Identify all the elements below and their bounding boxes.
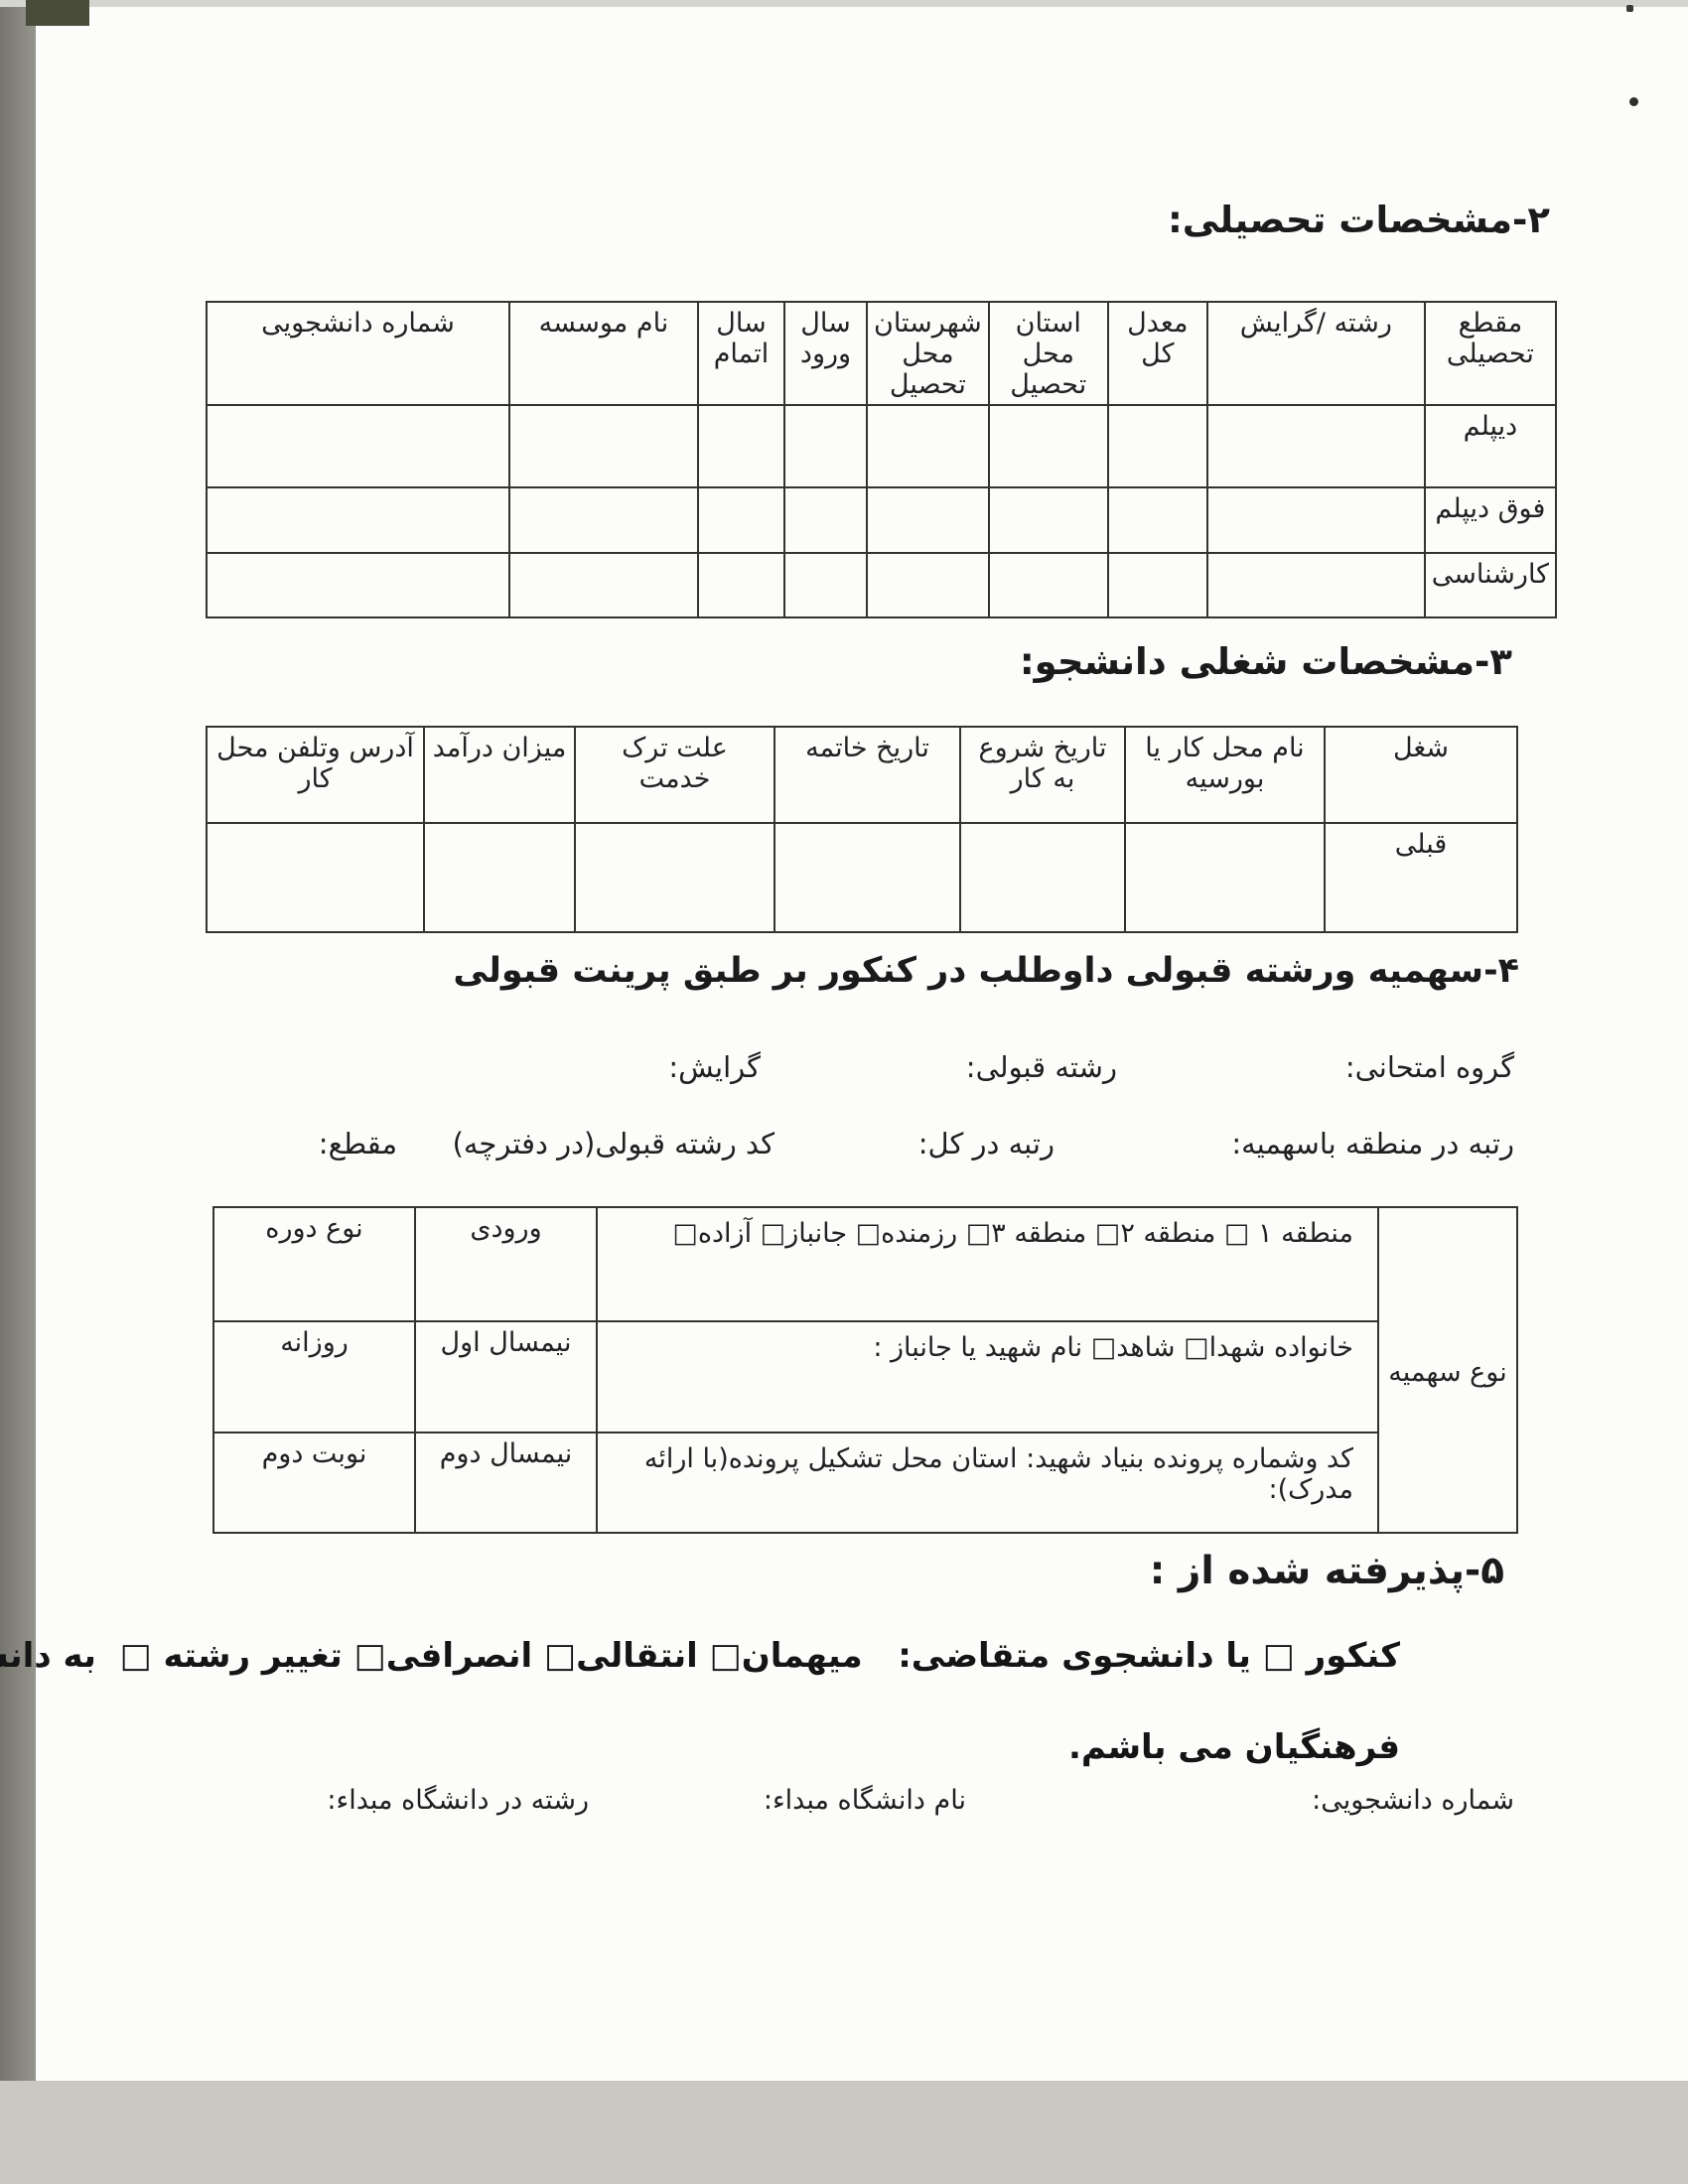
edu-cell — [1207, 553, 1425, 617]
edu-cell — [509, 405, 698, 487]
edu-cell — [989, 487, 1108, 553]
edu-cell — [867, 487, 989, 553]
edu-cell — [207, 487, 509, 553]
edu-cell — [867, 553, 989, 617]
edu-cell — [509, 553, 698, 617]
job-cell — [774, 823, 960, 932]
job-cell — [207, 823, 424, 932]
edu-cell — [784, 487, 867, 553]
quota-first-semester: نیمسال اول — [415, 1321, 597, 1433]
field-level: مقطع: — [319, 1127, 397, 1160]
edu-cell — [1108, 487, 1207, 553]
edu-cell — [867, 405, 989, 487]
edu-row-label-diploma: دیپلم — [1425, 405, 1556, 487]
quota-martyr-family-options: خانواده شهدا□ شاهد□ نام شهید یا جانباز : — [597, 1321, 1378, 1433]
quota-second-shift: نوبت دوم — [213, 1433, 415, 1533]
edu-cell — [1207, 405, 1425, 487]
edu-cell — [207, 405, 509, 487]
job-header-leave-reason: علت ترک خدمت — [575, 727, 774, 823]
edu-cell — [784, 405, 867, 487]
section-4-title: ۴-سهمیه ورشته قبولی داوطلب در کنکور بر ط… — [453, 951, 1519, 991]
field-total-rank: رتبه در کل: — [918, 1127, 1055, 1160]
edu-cell — [1207, 487, 1425, 553]
job-header-start-date: تاریخ شروع به کار — [960, 727, 1125, 823]
quota-table: نوع سهمیه منطقه ۱ □ منطقه ۲□ منطقه ۳□ رز… — [212, 1206, 1518, 1534]
job-header-end-date: تاریخ خاتمه — [774, 727, 960, 823]
edu-cell — [989, 553, 1108, 617]
quota-second-semester: نیمسال دوم — [415, 1433, 597, 1533]
field-accepted-major: رشته قبولی: — [966, 1050, 1117, 1084]
edu-row-label-bachelor: کارشناسی — [1425, 553, 1556, 617]
form-sheet: ۲-مشخصات تحصیلی: مقطع تحصیلی رشته /گرایش… — [0, 0, 1688, 2184]
job-cell — [575, 823, 774, 932]
education-table: مقطع تحصیلی رشته /گرایش معدل کل استان مح… — [206, 301, 1557, 618]
edu-cell — [1108, 553, 1207, 617]
field-major-code: کد رشته قبولی(در دفترچه) — [453, 1127, 774, 1160]
admission-type-options-continued: فرهنگیان می باشم. — [1068, 1727, 1400, 1767]
footer-origin-major: رشته در دانشگاه مبداء: — [327, 1785, 589, 1816]
edu-cell — [509, 487, 698, 553]
edu-header-city: شهرستان محل تحصیل — [867, 302, 989, 405]
footer-student-number: شماره دانشجویی: — [1312, 1785, 1514, 1816]
quota-session-header: ورودی — [415, 1207, 597, 1321]
job-header-job: شغل — [1325, 727, 1517, 823]
job-header-address: آدرس وتلفن محل کار — [207, 727, 424, 823]
edu-header-province: استان محل تحصیل — [989, 302, 1108, 405]
job-cell — [424, 823, 575, 932]
edu-row-label-associate: فوق دیپلم — [1425, 487, 1556, 553]
job-header-income: میزان درآمد — [424, 727, 575, 823]
quota-span-header: نوع سهمیه — [1378, 1207, 1517, 1533]
edu-cell — [784, 553, 867, 617]
quota-martyr-file-fields: کد وشماره پرونده بنیاد شهید: استان محل ت… — [597, 1433, 1378, 1533]
admission-type-options: کنکور □ یا دانشجوی متقاضی: میهمان□ انتقا… — [0, 1636, 1400, 1676]
job-header-workplace: نام محل کار یا بورسیه — [1125, 727, 1325, 823]
edu-cell — [698, 487, 784, 553]
quota-daytime: روزانه — [213, 1321, 415, 1433]
edu-header-major: رشته /گرایش — [1207, 302, 1425, 405]
footer-origin-university: نام دانشگاه مبداء: — [764, 1785, 966, 1816]
edu-cell — [698, 405, 784, 487]
edu-cell — [989, 405, 1108, 487]
section-2-title: ۲-مشخصات تحصیلی: — [1168, 199, 1550, 241]
job-cell — [960, 823, 1125, 932]
field-orientation: گرایش: — [668, 1050, 761, 1084]
edu-header-end-year: سال اتمام — [698, 302, 784, 405]
edu-header-gpa: معدل کل — [1108, 302, 1207, 405]
edu-header-student-no: شماره دانشجویی — [207, 302, 509, 405]
job-table: شغل نام محل کار یا بورسیه تاریخ شروع به … — [206, 726, 1518, 933]
quota-period-header: نوع دوره — [213, 1207, 415, 1321]
job-row-label-previous: قبلی — [1325, 823, 1517, 932]
section-3-title: ۳-مشخصات شغلی دانشجو: — [1020, 640, 1512, 683]
quota-region-options: منطقه ۱ □ منطقه ۲□ منطقه ۳□ رزمنده□ جانب… — [597, 1207, 1378, 1321]
field-exam-group: گروه امتحانی: — [1345, 1050, 1514, 1084]
field-region-rank: رتبه در منطقه باسهمیه: — [1231, 1127, 1514, 1160]
section-5-title: ۵-پذیرفته شده از : — [1150, 1549, 1504, 1593]
edu-header-degree: مقطع تحصیلی — [1425, 302, 1556, 405]
edu-header-institute: نام موسسه — [509, 302, 698, 405]
edu-cell — [1108, 405, 1207, 487]
job-cell — [1125, 823, 1325, 932]
edu-cell — [207, 553, 509, 617]
edu-header-entry-year: سال ورود — [784, 302, 867, 405]
edu-cell — [698, 553, 784, 617]
